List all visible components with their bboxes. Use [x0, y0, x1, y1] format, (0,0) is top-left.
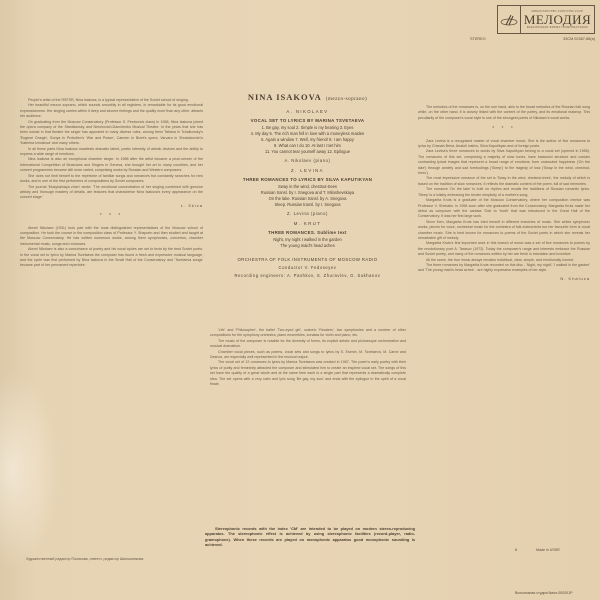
- paragraph: She does not limit herself to the repert…: [20, 174, 203, 185]
- conductor: Conductor V. Fedoseyev: [205, 265, 410, 270]
- paragraph: The vocal set of 12 romances to lyrics b…: [210, 360, 406, 387]
- work-title: THREE ROMANCES TO LYRICS BY SILVA KAPUTI…: [205, 177, 410, 182]
- side-number: 8: [515, 548, 517, 552]
- paragraph: Chamber vocal pieces, such as poems, voc…: [210, 350, 406, 361]
- stereo-note: Stereophonic records with the index 'СМ'…: [205, 526, 415, 548]
- catalog-number: 33СМ 02387-88(a): [563, 37, 595, 41]
- paragraph: Nina Isakova is also an exceptional cham…: [20, 157, 203, 173]
- left-signature: L. Skiva: [20, 203, 203, 208]
- light-glare: [0, 370, 60, 570]
- paragraph: The journal 'Muzykalnaya zhizn' wrote: '…: [20, 185, 203, 201]
- left-column: People's artist of the RSFSR, Nina Isako…: [20, 98, 203, 269]
- paragraph: Zara Levina's three romances to words by…: [418, 149, 590, 176]
- melodiya-emblem-icon: [498, 6, 520, 33]
- voice-type: (mezzo-soprano): [326, 97, 367, 102]
- track-line: The young maid's head aches: [205, 243, 410, 249]
- composer-name: A. NIKOLAEV: [205, 109, 410, 114]
- format-label: STEREO: [470, 37, 486, 41]
- section-break: * * *: [418, 127, 590, 132]
- performer: Z. Levina (piano): [205, 211, 410, 216]
- paragraph: Alexei Nikolaev is also a connoisseur of…: [20, 247, 203, 269]
- label-name: МЕЛОДИЯ: [524, 13, 591, 26]
- paragraph: The most impressive romance of the set i…: [418, 176, 590, 187]
- paragraph: 'Life' and 'Philosopher', the ballet 'Tw…: [210, 328, 406, 339]
- paragraph: Margarita Kruts's first important work i…: [418, 241, 590, 257]
- paragraph: The melodics of the romances is, on the …: [418, 105, 590, 121]
- credits-footer: Художественный редактор Полякова, ответс…: [26, 557, 143, 561]
- program-listing: NINA ISAKOVA(mezzo-soprano) A. NIKOLAEVV…: [205, 92, 410, 281]
- right-column: The melodics of the romances is, on the …: [418, 98, 590, 281]
- track-line: 11. You cannot tear yourself away 12. Ep…: [205, 149, 410, 155]
- artist-name: NINA ISAKOVA: [248, 92, 322, 102]
- performer: A. Nikolaev (piano): [205, 158, 410, 163]
- paragraph: The music of the composer is notable for…: [210, 339, 406, 350]
- side-info: 8 Made in USSR: [515, 548, 560, 552]
- track-line: Sleep. Russian transl. by I. Snegova: [205, 202, 410, 208]
- paragraph: Alexei Nikolaev (1931) took part with th…: [20, 226, 203, 248]
- paragraph: In all these parts Nina Isakova manifest…: [20, 147, 203, 158]
- composer-name: Z. LEVINA: [205, 168, 410, 173]
- paragraph: Zara Levina is a recognised master of vo…: [418, 139, 590, 150]
- label-company-text: ВСЕСОЮЗНАЯ ФИРМА ГРАМПЛАСТИНОК: [527, 26, 588, 29]
- paragraph: Her beautiful mezzo soprano, which sound…: [20, 103, 203, 119]
- paragraph: The three romances by Margarita Kruts re…: [418, 263, 590, 274]
- right-signature: N. Khaluza: [418, 276, 590, 281]
- melodiya-logo: МИНИСТЕРСТВО КУЛЬТУРЫ СССР МЕЛОДИЯ ВСЕСО…: [497, 5, 595, 34]
- section-break: * * *: [20, 214, 203, 219]
- orchestra: ORCHESTRA OF FOLK INSTRUMENTS OF MOSCOW …: [205, 257, 410, 262]
- composer-name: M. KRUT: [205, 221, 410, 226]
- catalog-line: STEREO 33СМ 02387-88(a): [470, 37, 595, 41]
- print-info: Всесоюзная студия 5мол-000201Р: [515, 591, 573, 595]
- paragraph: On graduating from the Moscow Conservato…: [20, 120, 203, 147]
- paragraph: Since then, Margarita Kruts has tried he…: [418, 220, 590, 242]
- made-in-label: Made in USSR: [536, 548, 560, 552]
- paragraph: Margarita Kruts is a graduate of the Mos…: [418, 198, 590, 220]
- work-title: THREE ROMANCES. Sublime text: [205, 230, 410, 235]
- engineers: Recording engineers: A. Pashkov, S. Zhur…: [205, 273, 410, 278]
- artist-title: NINA ISAKOVA(mezzo-soprano): [205, 92, 410, 102]
- middle-column: 'Life' and 'Philosopher', the ballet 'Tw…: [210, 328, 406, 387]
- work-title: VOCAL SET TO LYRICS BY MARINA TSVETAEVA: [205, 118, 410, 123]
- paragraph: The romance 'On the lake' is built on rh…: [418, 187, 590, 198]
